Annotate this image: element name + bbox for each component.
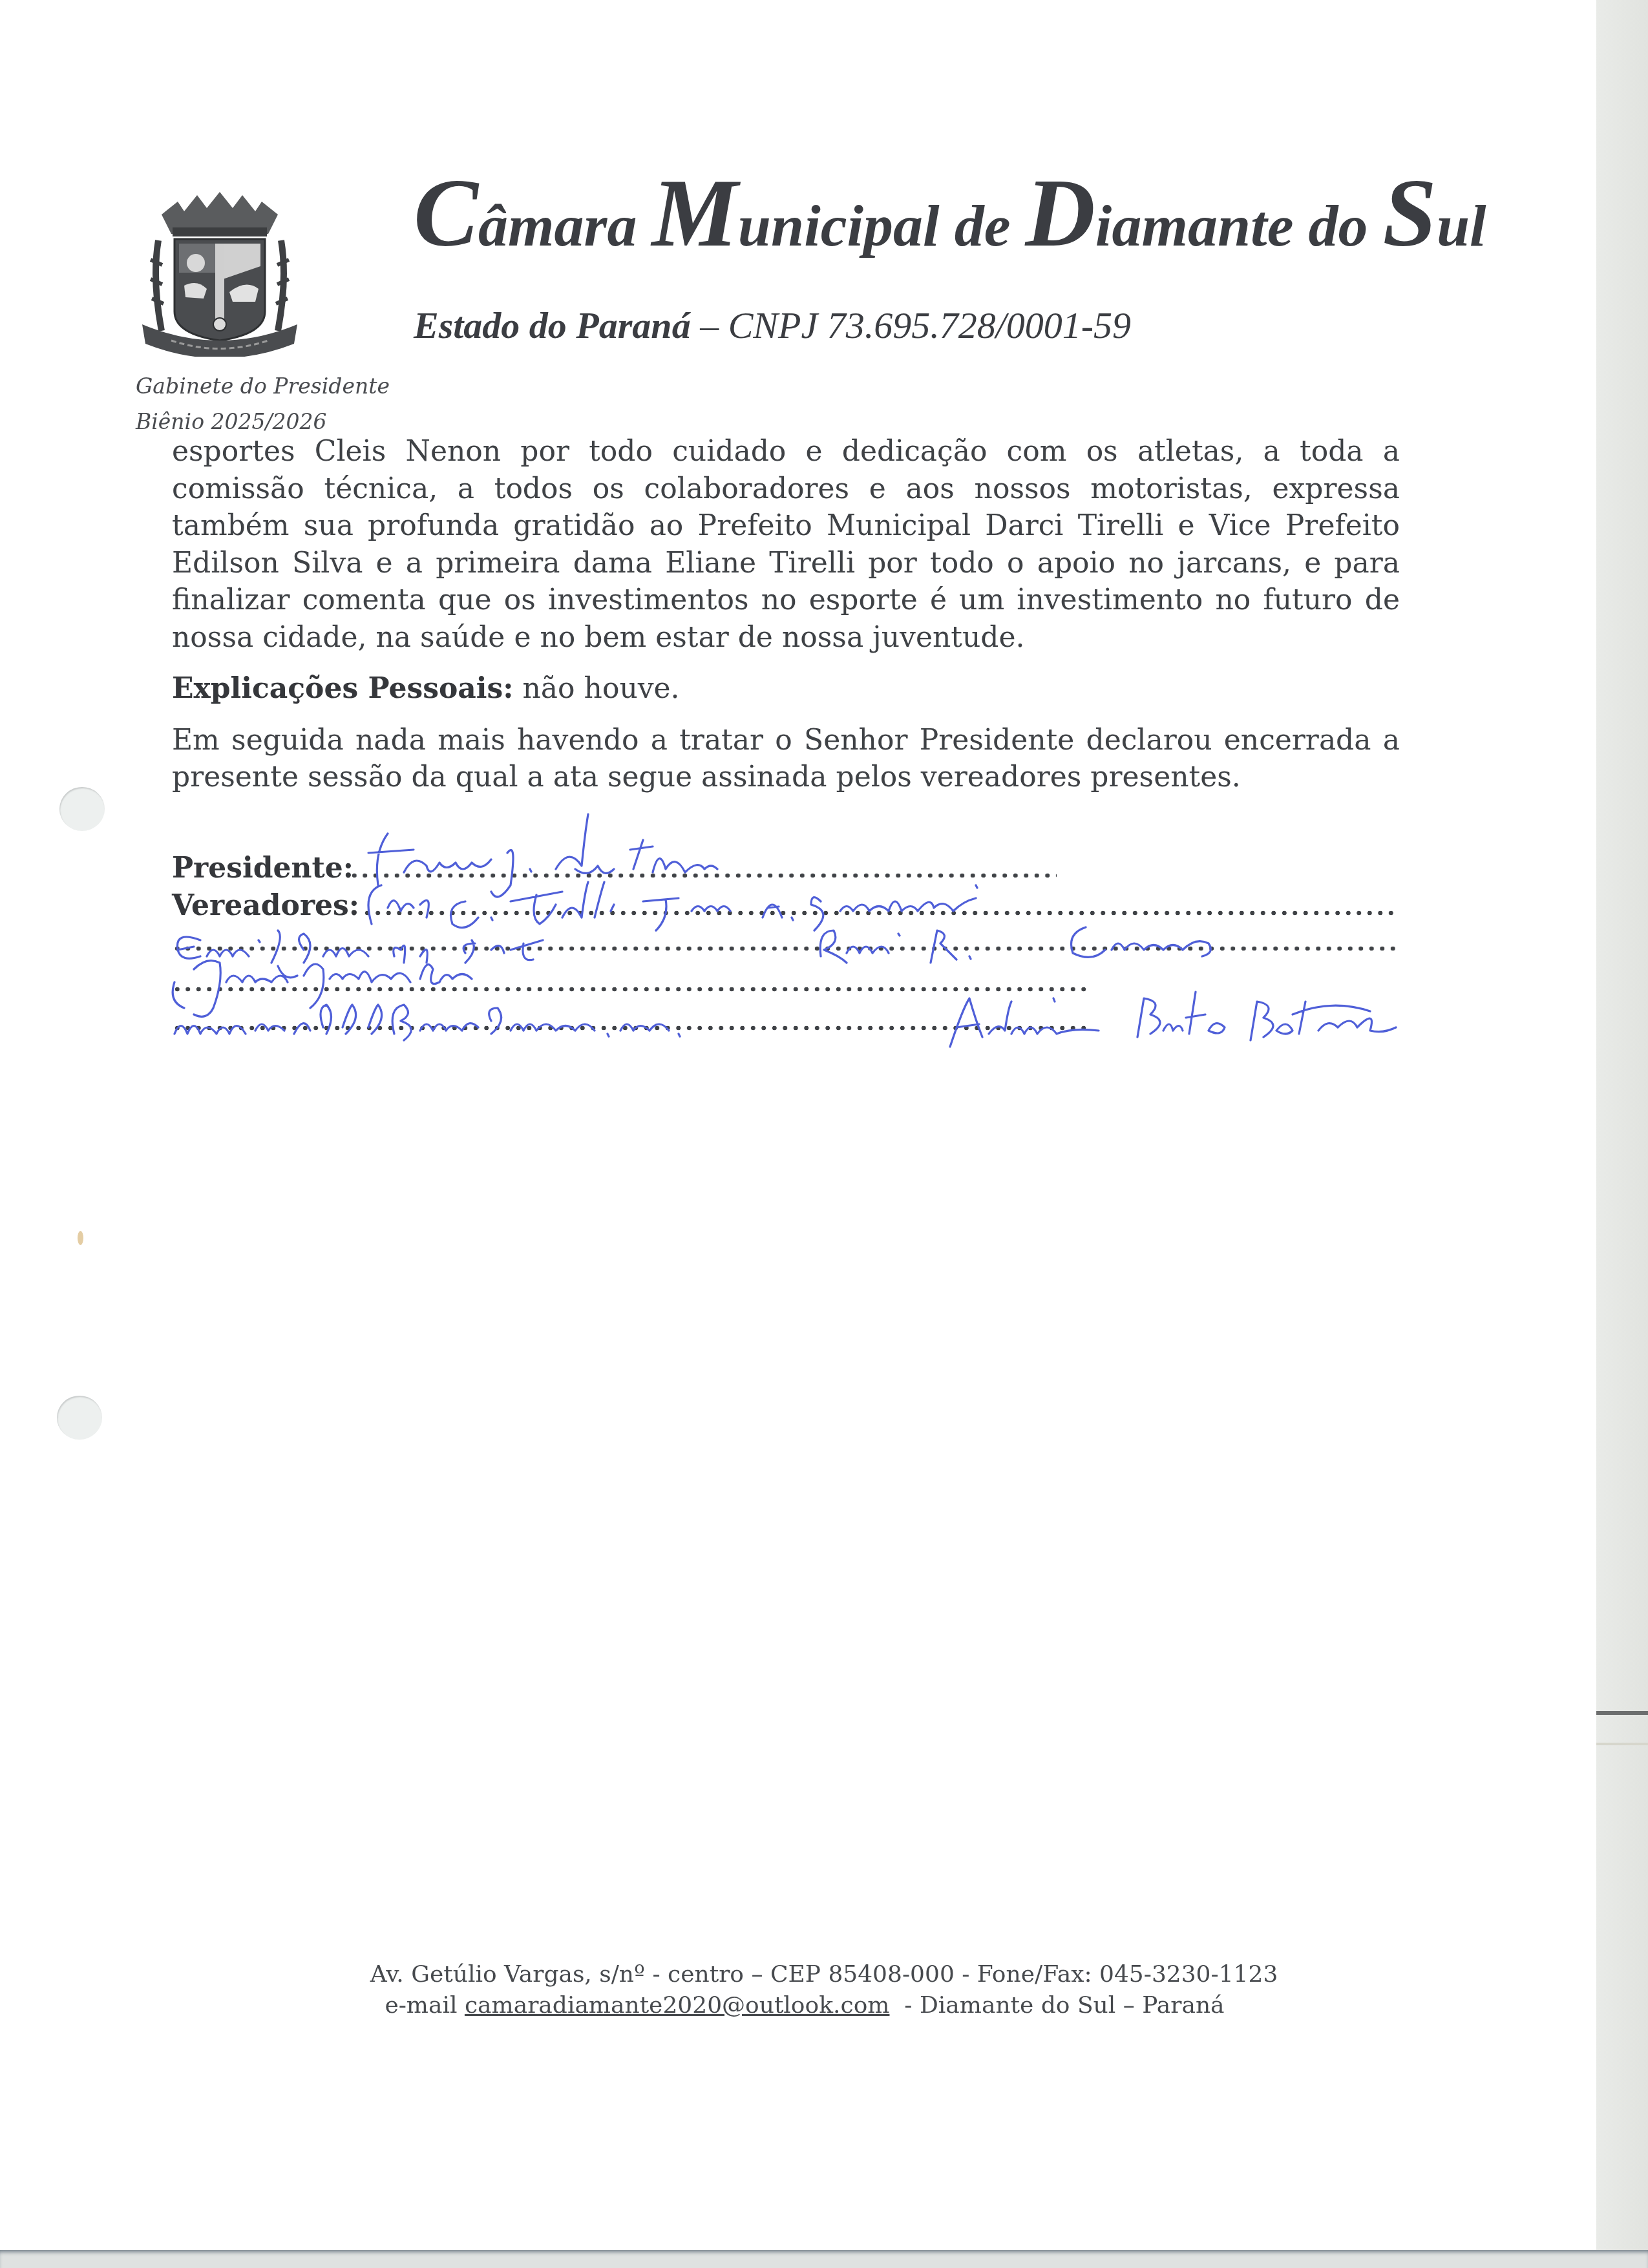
chamber-title: Câmara Municipal de Diamante do Sul xyxy=(414,165,1486,262)
title-initial: M xyxy=(651,160,737,267)
title-initial: C xyxy=(414,160,478,267)
president-signature-line: Presidente: xyxy=(172,852,354,890)
minutes-body: esportes Cleis Nenon por todo cuidado e … xyxy=(172,433,1400,796)
state-and-cnpj: Estado do Paraná – CNPJ 73.695.728/0001-… xyxy=(414,304,1131,347)
title-word: unicipal de xyxy=(738,193,1026,258)
punch-hole xyxy=(57,1396,102,1440)
scanner-mark xyxy=(1596,1743,1648,1745)
title-word: iamante do xyxy=(1095,193,1383,258)
scanner-bed-edge xyxy=(0,2250,1648,2268)
coat-of-arms-icon xyxy=(132,182,307,357)
title-word: âmara xyxy=(478,193,651,258)
title-word: ul xyxy=(1437,193,1486,258)
document-page: Câmara Municipal de Diamante do Sul Esta… xyxy=(0,0,1596,2250)
scanner-bed-edge xyxy=(1596,0,1648,2268)
signature-dotted-line xyxy=(349,873,1057,878)
councilors-label: Vereadores: xyxy=(172,889,359,922)
email-link[interactable]: camaradiamante2020@outlook.com xyxy=(465,1992,890,2019)
scanner-mark xyxy=(1596,1711,1648,1715)
paragraph-personal-explanations: Explicações Pessoais: não houve. xyxy=(172,670,1400,708)
cnpj: – CNPJ 73.695.728/0001-59 xyxy=(691,304,1131,346)
footer-address: Av. Getúlio Vargas, s/nº - centro – CEP … xyxy=(0,1959,1596,1990)
title-initial: S xyxy=(1383,160,1437,267)
paragraph-closing: Em seguida nada mais havendo a tratar o … xyxy=(172,722,1400,796)
paper-speck xyxy=(78,1231,83,1245)
punch-hole xyxy=(59,787,105,831)
office-name: Gabinete do Presidente xyxy=(136,368,390,404)
footer-city: - Diamante do Sul – Paraná xyxy=(889,1992,1224,2019)
signature-dotted-line xyxy=(172,987,1086,992)
president-label: Presidente: xyxy=(172,852,354,885)
paragraph-acknowledgements: esportes Cleis Nenon por todo cuidado e … xyxy=(172,433,1400,656)
section-value: não houve. xyxy=(514,672,680,705)
title-initial: D xyxy=(1026,160,1095,267)
signature-dotted-line xyxy=(172,1025,1086,1031)
section-label: Explicações Pessoais: xyxy=(172,672,514,705)
signature-dotted-line xyxy=(362,910,1399,916)
state-name: Estado do Paraná xyxy=(414,304,691,346)
office-block: Gabinete do Presidente Biênio 2025/2026 xyxy=(136,368,390,439)
footer-contact: e-mail camaradiamante2020@outlook.com - … xyxy=(0,1990,1596,2021)
email-prefix: e-mail xyxy=(385,1992,465,2019)
signature-dotted-line xyxy=(172,946,1400,951)
letterhead-footer: Av. Getúlio Vargas, s/nº - centro – CEP … xyxy=(0,1959,1596,2021)
councilors-signature-line: Vereadores: xyxy=(172,889,359,928)
